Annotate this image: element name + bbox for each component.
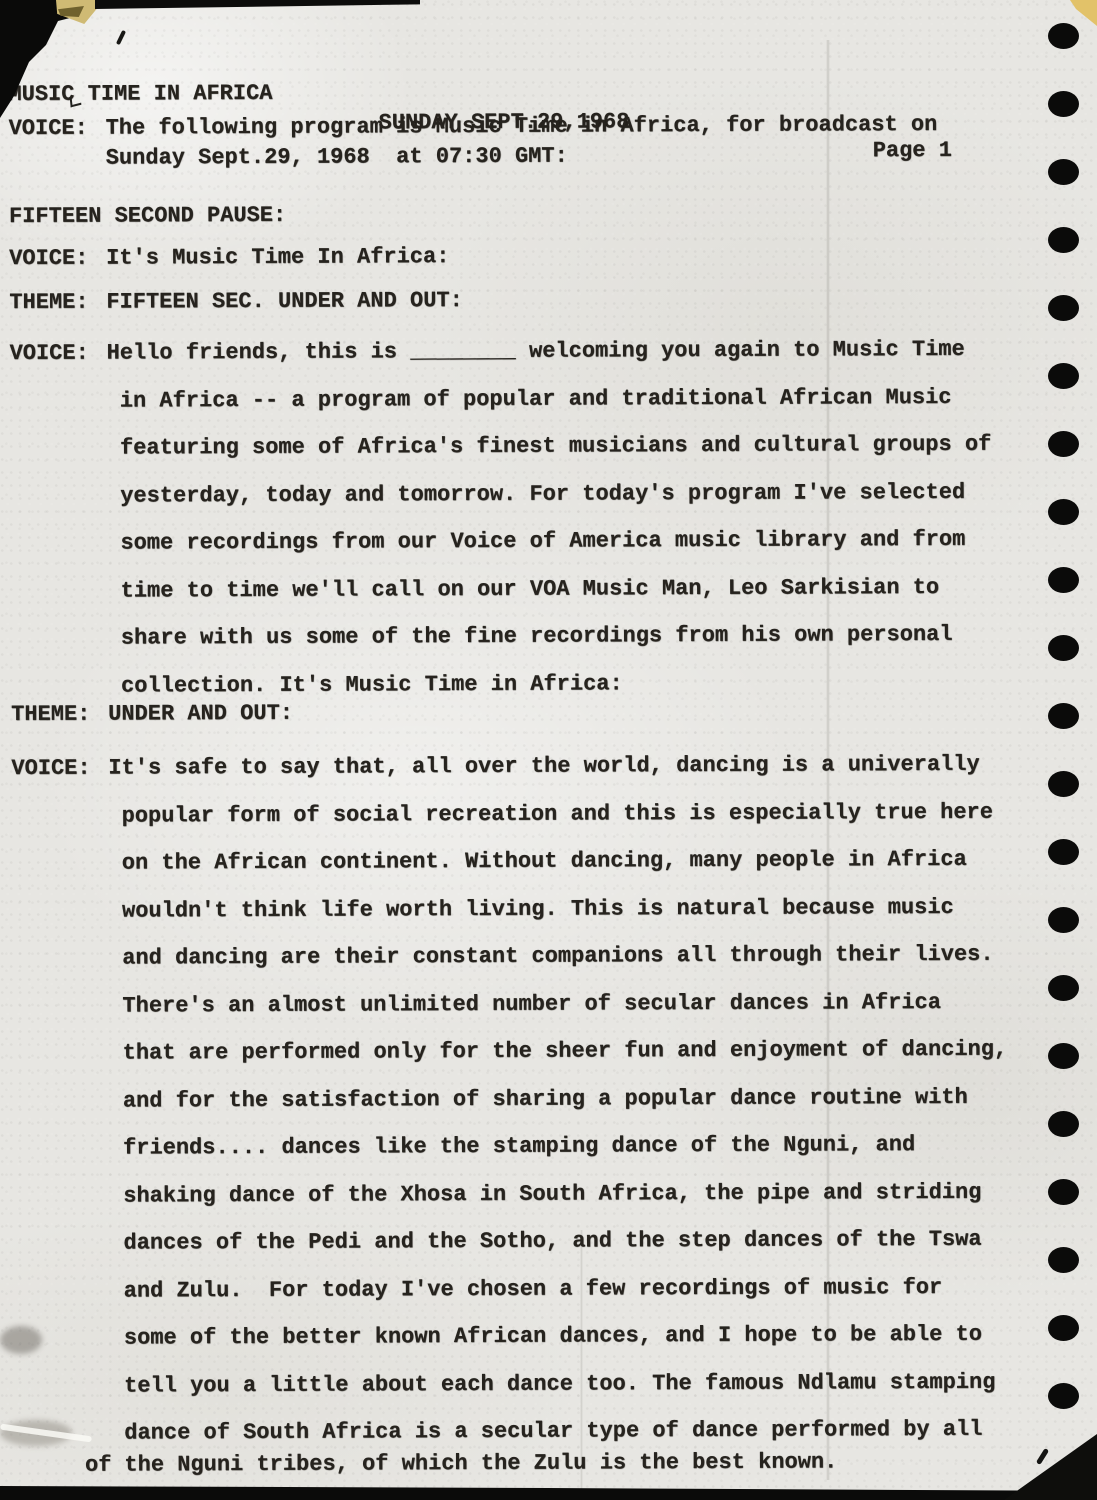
punch-hole-icon xyxy=(1048,567,1079,593)
cue-label: VOICE: xyxy=(8,114,105,144)
cue-label: FIFTEEN SECOND PAUSE: xyxy=(9,201,286,232)
script-block: THEME:UNDER AND OUT: xyxy=(11,695,1071,730)
script-line: There's an almost unlimited number of se… xyxy=(12,978,1072,1030)
punch-hole-icon xyxy=(1048,907,1079,933)
script-line: Sunday Sept.29, 1968 at 07:30 GMT: xyxy=(9,139,1069,174)
script-text: UNDER AND OUT: xyxy=(108,699,293,730)
script-block: VOICE:It's safe to say that, all over th… xyxy=(11,740,1074,1457)
script-line: THEME:UNDER AND OUT: xyxy=(11,695,1071,730)
program-title: MUSIC TIME IN AFRICA xyxy=(8,79,272,110)
script-text: It's safe to say that, all over the worl… xyxy=(108,741,980,792)
cue-label: of xyxy=(14,1450,124,1480)
script-text: the Nguni tribes, of which the Zulu is t… xyxy=(124,1447,837,1480)
script-block: ofthe Nguni tribes, of which the Zulu is… xyxy=(14,1446,1074,1481)
cue-label: VOICE: xyxy=(9,244,106,274)
script-line: popular form of social recreation and th… xyxy=(11,788,1071,840)
page-header: MUSIC TIME IN AFRICA SUNDAY SEPT.29,1968… xyxy=(8,45,1068,80)
punch-hole-icon xyxy=(1048,363,1079,389)
punch-hole-icon xyxy=(1048,23,1079,49)
script-line: and for the satisfaction of sharing a po… xyxy=(13,1073,1073,1125)
script-text: It's Music Time In Africa: xyxy=(106,242,449,273)
script-line: FIFTEEN SECOND PAUSE: xyxy=(9,197,1069,232)
script-line: on the African continent. Without dancin… xyxy=(12,835,1072,887)
script-line: that are performed only for the sheer fu… xyxy=(12,1025,1072,1077)
script-line: share with us some of the fine recording… xyxy=(11,610,1071,662)
cue-label: THEME: xyxy=(9,288,106,318)
punch-hole-icon xyxy=(1048,1383,1079,1409)
punch-hole-icon xyxy=(1048,1179,1079,1205)
script-text: The following program is Music Time in A… xyxy=(105,110,937,144)
script-line: dances of the Pedi and the Sotho, and th… xyxy=(13,1215,1073,1267)
punch-hole-icon xyxy=(1048,1043,1079,1069)
script-line: ofthe Nguni tribes, of which the Zulu is… xyxy=(14,1446,1074,1481)
script-line: and Zulu. For today I've chosen a few re… xyxy=(14,1263,1074,1315)
script-line: VOICE:It's safe to say that, all over th… xyxy=(11,740,1071,792)
script-line: friends.... dances like the stamping dan… xyxy=(13,1120,1073,1172)
punch-hole-icon xyxy=(1048,771,1079,797)
script-line: yesterday, today and tomorrow. For today… xyxy=(10,468,1070,520)
punch-hole-icon xyxy=(1048,227,1079,253)
script-line: VOICE:It's Music Time In Africa: xyxy=(9,239,1069,274)
script-line: and dancing are their constant companion… xyxy=(12,930,1072,982)
paper-smudge xyxy=(0,1326,42,1354)
script-block: VOICE:It's Music Time In Africa: xyxy=(9,239,1069,274)
punch-hole-icon xyxy=(1048,91,1079,117)
script-line: some of the better known African dances,… xyxy=(14,1310,1074,1362)
punch-hole-icon xyxy=(1048,431,1079,457)
script-text: FIFTEEN SEC. UNDER AND OUT: xyxy=(106,286,463,318)
script-line: tell you a little about each dance too. … xyxy=(14,1358,1074,1410)
cue-label: VOICE: xyxy=(11,745,108,793)
cue-label: VOICE: xyxy=(9,330,106,378)
punch-hole-icon xyxy=(1048,975,1079,1001)
script-line: VOICE:Hello friends, this is ________ we… xyxy=(9,325,1069,377)
script-block: THEME:FIFTEEN SEC. UNDER AND OUT: xyxy=(9,283,1069,318)
script-line: in Africa -- a program of popular and tr… xyxy=(10,373,1070,425)
script-text: Hello friends, this is ________ welcomin… xyxy=(106,326,964,377)
punch-hole-icon xyxy=(1048,159,1079,185)
script-block: VOICE:Hello friends, this is ________ we… xyxy=(9,325,1071,710)
script-line: shaking dance of the Xhosa in South Afri… xyxy=(13,1168,1073,1220)
punch-hole-icon xyxy=(1048,703,1079,729)
typewritten-page: MUSIC TIME IN AFRICA SUNDAY SEPT.29,1968… xyxy=(0,0,1074,1480)
punch-hole-icon xyxy=(1048,635,1079,661)
punch-hole-icon xyxy=(1048,1111,1079,1137)
cue-label: THEME: xyxy=(11,700,108,730)
script-line: VOICE:The following program is Music Tim… xyxy=(8,109,1068,144)
script-line: wouldn't think life worth living. This i… xyxy=(12,883,1072,935)
punch-hole-icon xyxy=(1048,499,1079,525)
script-blocks: VOICE:The following program is Music Tim… xyxy=(8,109,1074,1480)
punch-hole-icon xyxy=(1048,839,1079,865)
script-line: THEME:FIFTEEN SEC. UNDER AND OUT: xyxy=(9,283,1069,318)
script-line: some recordings from our Voice of Americ… xyxy=(10,515,1070,567)
punch-hole-icon xyxy=(1048,1315,1079,1341)
punch-hole-icon xyxy=(1048,295,1079,321)
punch-hole-icon xyxy=(1048,1247,1079,1273)
script-block: FIFTEEN SECOND PAUSE: xyxy=(9,197,1069,232)
script-block: VOICE:The following program is Music Tim… xyxy=(8,109,1068,174)
script-line: time to time we'll call on our VOA Music… xyxy=(10,563,1070,615)
script-line: featuring some of Africa's finest musici… xyxy=(10,420,1070,472)
